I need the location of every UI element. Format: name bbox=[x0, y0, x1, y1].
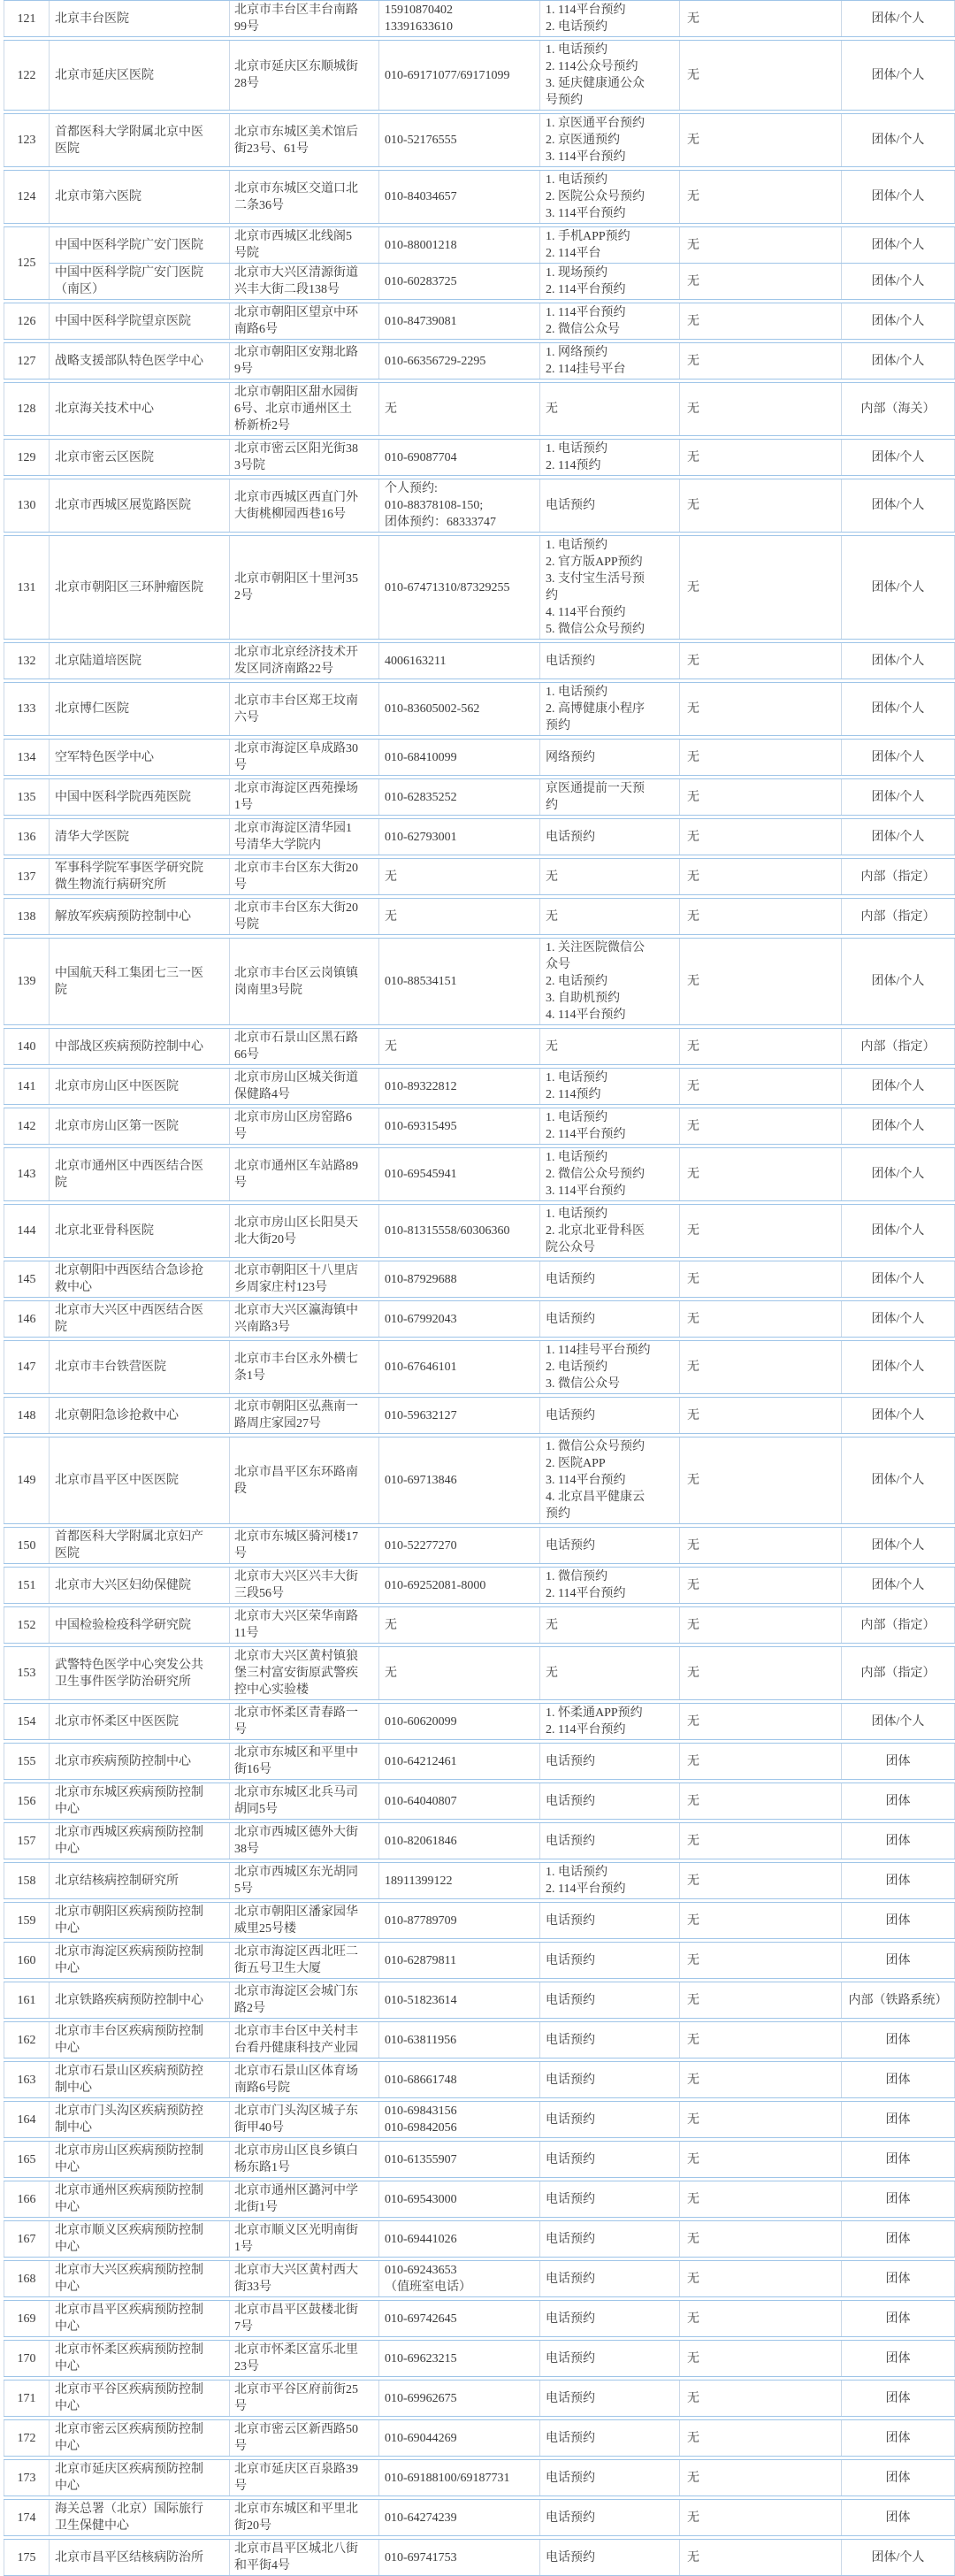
group-type-cell: 团体 bbox=[842, 1783, 955, 1819]
note-cell: 无 bbox=[680, 1607, 842, 1643]
institution-name-cell: 中国中医科学院广安门医院 bbox=[50, 227, 230, 263]
phone-cell: 010-61355907 bbox=[379, 2142, 540, 2177]
table-row: 152 中国检验检疫科学研究院 北京市大兴区荣华南路11号 无 无 无 内部（指… bbox=[4, 1606, 955, 1644]
table-subrow: 中国中医科学院广安门医院（南区） 北京市大兴区清源街道兴丰大街二段138号 01… bbox=[50, 263, 955, 299]
reservation-method-cell: 电话预约 bbox=[540, 819, 680, 855]
institution-name-cell: 北京市大兴区妇幼保健院 bbox=[50, 1568, 230, 1603]
reservation-method-cell: 1. 手机APP预约 2. 114平台 bbox=[540, 227, 680, 263]
institution-name-cell: 北京朝阳中西医结合急诊抢救中心 bbox=[50, 1261, 230, 1297]
table-row: 160 北京市海淀区疾病预防控制中心 北京市海淀区西北旺二街五号卫生大厦 010… bbox=[4, 1942, 955, 1979]
phone-cell: 010-82061846 bbox=[379, 1823, 540, 1859]
table-row: 158 北京结核病控制研究所 北京市西城区东光胡同5号 18911399122 … bbox=[4, 1862, 955, 1899]
row-number-cell: 122 bbox=[4, 41, 50, 110]
reservation-method-cell: 1. 电话预约 2. 114预约 bbox=[540, 440, 680, 475]
group-type-cell: 团体/个人 bbox=[842, 227, 955, 263]
reservation-method-cell: 1. 114挂号平台预约 2. 电话预约 3. 微信公众号 bbox=[540, 1341, 680, 1393]
address-cell: 北京市昌平区东环路南段 bbox=[230, 1437, 379, 1523]
row-number-cell: 142 bbox=[4, 1108, 50, 1144]
table-row: 144 北京北亚骨科医院 北京市房山区长阳昊天北大街20号 010-813155… bbox=[4, 1204, 955, 1258]
address-cell: 北京市平谷区府前街25号 bbox=[230, 2380, 379, 2416]
address-cell: 北京市房山区长阳昊天北大街20号 bbox=[230, 1205, 379, 1257]
address-cell: 北京市西城区东光胡同5号 bbox=[230, 1863, 379, 1898]
reservation-method-cell: 1. 电话预约 2. 医院公众号预约 3. 114平台预约 bbox=[540, 171, 680, 223]
table-row: 153 武警特色医学中心突发公共卫生事件医学防治研究所 北京市大兴区黄村镇狼堡三… bbox=[4, 1646, 955, 1700]
note-cell: 无 bbox=[680, 819, 842, 855]
note-cell: 无 bbox=[680, 227, 842, 263]
institution-name-cell: 北京市房山区中医医院 bbox=[50, 1069, 230, 1104]
row-number-cell: 160 bbox=[4, 1943, 50, 1978]
group-type-cell: 团体/个人 bbox=[842, 1205, 955, 1257]
merged-subrows: 中国中医科学院广安门医院 北京市西城区北线阁5号院 010-88001218 1… bbox=[50, 227, 955, 299]
institution-name-cell: 海关总署（北京）国际旅行卫生保健中心 bbox=[50, 2500, 230, 2535]
group-type-cell: 团体 bbox=[842, 1903, 955, 1938]
phone-cell: 010-89322812 bbox=[379, 1069, 540, 1104]
group-type-cell: 团体 bbox=[842, 2460, 955, 2495]
note-cell: 无 bbox=[680, 859, 842, 894]
phone-cell: 010-81315558/60306360 bbox=[379, 1205, 540, 1257]
institution-name-cell: 北京市昌平区中医医院 bbox=[50, 1437, 230, 1523]
table-row: 170 北京市怀柔区疾病预防控制中心 北京市怀柔区富乐北里23号 010-696… bbox=[4, 2340, 955, 2377]
group-type-cell: 内部（指定） bbox=[842, 859, 955, 894]
table-row: 174 海关总署（北京）国际旅行卫生保健中心 北京市东城区和平里北街20号 01… bbox=[4, 2499, 955, 2536]
phone-cell: 010-68661748 bbox=[379, 2062, 540, 2097]
row-number-cell: 162 bbox=[4, 2022, 50, 2058]
table-row: 175 北京市昌平区结核病防治所 北京市昌平区城北八街和平街4号 010-697… bbox=[4, 2539, 955, 2576]
table-row: 131 北京市朝阳区三环肿瘤医院 北京市朝阳区十里河352号 010-67471… bbox=[4, 535, 955, 640]
row-number-cell: 174 bbox=[4, 2500, 50, 2535]
reservation-method-cell: 1. 网络预约 2. 114挂号平台 bbox=[540, 343, 680, 379]
note-cell: 无 bbox=[680, 1398, 842, 1433]
row-number-cell: 124 bbox=[4, 171, 50, 223]
phone-cell: 无 bbox=[379, 899, 540, 934]
note-cell: 无 bbox=[680, 1783, 842, 1819]
table-row: 129 北京市密云区医院 北京市密云区阳光街383号院 010-69087704… bbox=[4, 439, 955, 476]
note-cell: 无 bbox=[680, 1069, 842, 1104]
note-cell: 无 bbox=[680, 1903, 842, 1938]
row-number-cell: 128 bbox=[4, 383, 50, 435]
row-number-cell: 169 bbox=[4, 2301, 50, 2336]
reservation-method-cell: 无 bbox=[540, 1607, 680, 1643]
row-number-cell: 159 bbox=[4, 1903, 50, 1938]
institution-name-cell: 中国中医科学院西苑医院 bbox=[50, 779, 230, 815]
note-cell: 无 bbox=[680, 740, 842, 775]
institution-name-cell: 北京市丰台铁营医院 bbox=[50, 1341, 230, 1393]
phone-cell: 010-62879811 bbox=[379, 1943, 540, 1978]
address-cell: 北京市丰台区永外横七条1号 bbox=[230, 1341, 379, 1393]
note-cell: 无 bbox=[680, 2022, 842, 2058]
phone-cell: 010-67992043 bbox=[379, 1301, 540, 1337]
phone-cell: 010-64212461 bbox=[379, 1744, 540, 1779]
address-cell: 北京市东城区和平里北街20号 bbox=[230, 2500, 379, 2535]
table-row: 133 北京博仁医院 北京市丰台区郑王坟南六号 010-83605002-562… bbox=[4, 682, 955, 736]
group-type-cell: 内部（指定） bbox=[842, 899, 955, 934]
note-cell: 无 bbox=[680, 1029, 842, 1064]
group-type-cell: 内部（海关） bbox=[842, 383, 955, 435]
address-cell: 北京市朝阳区甜水园街6号、北京市通州区土桥新桥2号 bbox=[230, 383, 379, 435]
table-row: 157 北京市西城区疾病预防控制中心 北京市西城区德外大街38号 010-820… bbox=[4, 1822, 955, 1859]
address-cell: 北京市海淀区清华园1号清华大学院内 bbox=[230, 819, 379, 855]
address-cell: 北京市朝阳区弘燕南一路周庄家园27号 bbox=[230, 1398, 379, 1433]
group-type-cell: 团体/个人 bbox=[842, 479, 955, 532]
phone-cell: 18911399122 bbox=[379, 1863, 540, 1898]
institution-name-cell: 中国航天科工集团七三一医院 bbox=[50, 939, 230, 1024]
note-cell: 无 bbox=[680, 41, 842, 110]
table-row: 146 北京市大兴区中西医结合医院 北京市大兴区瀛海镇中兴南路3号 010-67… bbox=[4, 1300, 955, 1338]
reservation-method-cell: 电话预约 bbox=[540, 2500, 680, 2535]
table-row: 145 北京朝阳中西医结合急诊抢救中心 北京市朝阳区十八里店乡周家庄村123号 … bbox=[4, 1261, 955, 1298]
reservation-method-cell: 电话预约 bbox=[540, 1398, 680, 1433]
phone-cell: 无 bbox=[379, 383, 540, 435]
note-cell: 无 bbox=[680, 2341, 842, 2376]
phone-cell: 无 bbox=[379, 1607, 540, 1643]
table-subrow: 中国中医科学院广安门医院 北京市西城区北线阁5号院 010-88001218 1… bbox=[50, 227, 955, 263]
row-number-cell: 165 bbox=[4, 2142, 50, 2177]
address-cell: 北京市海淀区阜成路30号 bbox=[230, 740, 379, 775]
phone-cell: 无 bbox=[379, 1029, 540, 1064]
institution-name-cell: 北京市朝阳区疾病预防控制中心 bbox=[50, 1903, 230, 1938]
address-cell: 北京市东城区交道口北二条36号 bbox=[230, 171, 379, 223]
institution-name-cell: 北京市大兴区中西医结合医院 bbox=[50, 1301, 230, 1337]
note-cell: 无 bbox=[680, 1, 842, 36]
reservation-method-cell: 电话预约 bbox=[540, 1903, 680, 1938]
phone-cell: 010-52176555 bbox=[379, 114, 540, 166]
group-type-cell: 团体/个人 bbox=[842, 683, 955, 735]
institution-name-cell: 北京市昌平区疾病预防控制中心 bbox=[50, 2301, 230, 2336]
row-number-cell: 147 bbox=[4, 1341, 50, 1393]
institution-name-cell: 北京市第六医院 bbox=[50, 171, 230, 223]
institution-name-cell: 北京市房山区疾病预防控制中心 bbox=[50, 2142, 230, 2177]
reservation-method-cell: 1. 电话预约 2. 114平台预约 bbox=[540, 1108, 680, 1144]
table-row: 121 北京丰台医院 北京市丰台区丰台南路99号 15910870402 133… bbox=[4, 0, 955, 37]
institution-name-cell: 北京市门头沟区疾病预防控制中心 bbox=[50, 2102, 230, 2137]
row-number-cell: 143 bbox=[4, 1148, 50, 1200]
row-number-cell: 144 bbox=[4, 1205, 50, 1257]
address-cell: 北京市怀柔区青春路一号 bbox=[230, 1704, 379, 1739]
note-cell: 无 bbox=[680, 1823, 842, 1859]
phone-cell: 010-69742645 bbox=[379, 2301, 540, 2336]
group-type-cell: 团体 bbox=[842, 2221, 955, 2257]
table-row: 142 北京市房山区第一医院 北京市房山区房窑路6号 010-69315495 … bbox=[4, 1108, 955, 1145]
group-type-cell: 团体/个人 bbox=[842, 1108, 955, 1144]
institution-name-cell: 北京市延庆区疾病预防控制中心 bbox=[50, 2460, 230, 2495]
group-type-cell: 团体/个人 bbox=[842, 1437, 955, 1523]
address-cell: 北京市昌平区鼓楼北街7号 bbox=[230, 2301, 379, 2336]
row-number-cell: 138 bbox=[4, 899, 50, 934]
reservation-method-cell: 电话预约 bbox=[540, 479, 680, 532]
address-cell: 北京市东城区和平里中街16号 bbox=[230, 1744, 379, 1779]
note-cell: 无 bbox=[680, 1301, 842, 1337]
table-row: 151 北京市大兴区妇幼保健院 北京市大兴区兴丰大街三段56号 010-6925… bbox=[4, 1567, 955, 1604]
table-row: 154 北京市怀柔区中医医院 北京市怀柔区青春路一号 010-60620099 … bbox=[4, 1703, 955, 1740]
note-cell: 无 bbox=[680, 171, 842, 223]
address-cell: 北京市大兴区荣华南路11号 bbox=[230, 1607, 379, 1643]
group-type-cell: 团体/个人 bbox=[842, 1069, 955, 1104]
group-type-cell: 团体/个人 bbox=[842, 939, 955, 1024]
note-cell: 无 bbox=[680, 2460, 842, 2495]
table-row: 128 北京海关技术中心 北京市朝阳区甜水园街6号、北京市通州区土桥新桥2号 无… bbox=[4, 382, 955, 436]
institution-name-cell: 首都医科大学附属北京中医医院 bbox=[50, 114, 230, 166]
table-row: 141 北京市房山区中医医院 北京市房山区城关街道保健路4号 010-89322… bbox=[4, 1068, 955, 1105]
institution-name-cell: 北京铁路疾病预防控制中心 bbox=[50, 1982, 230, 2018]
phone-cell: 无 bbox=[379, 1647, 540, 1699]
phone-cell: 010-88534151 bbox=[379, 939, 540, 1024]
address-cell: 北京市朝阳区潘家园华威里25号楼 bbox=[230, 1903, 379, 1938]
institution-name-cell: 首都医科大学附属北京妇产医院 bbox=[50, 1528, 230, 1563]
group-type-cell: 团体/个人 bbox=[842, 1398, 955, 1433]
note-cell: 无 bbox=[680, 1943, 842, 1978]
group-type-cell: 团体/个人 bbox=[842, 1301, 955, 1337]
table-row: 163 北京市石景山区疾病预防控制中心 北京市石景山区体育场南路6号院 010-… bbox=[4, 2061, 955, 2098]
group-type-cell: 团体 bbox=[842, 2142, 955, 2177]
group-type-cell: 团体/个人 bbox=[842, 264, 955, 299]
table-row: 135 中国中医科学院西苑医院 北京市海淀区西苑操场1号 010-6283525… bbox=[4, 778, 955, 816]
address-cell: 北京市北京经济技术开发区同济南路22号 bbox=[230, 643, 379, 678]
institution-name-cell: 北京市怀柔区疾病预防控制中心 bbox=[50, 2341, 230, 2376]
reservation-method-cell: 1. 微信预约 2. 114平台预约 bbox=[540, 1568, 680, 1603]
note-cell: 无 bbox=[680, 683, 842, 735]
phone-cell: 010-87929688 bbox=[379, 1261, 540, 1297]
address-cell: 北京市朝阳区望京中环南路6号 bbox=[230, 303, 379, 339]
address-cell: 北京市石景山区体育场南路6号院 bbox=[230, 2062, 379, 2097]
address-cell: 北京市通州区潞河中学北街1号 bbox=[230, 2181, 379, 2217]
row-number-cell: 136 bbox=[4, 819, 50, 855]
row-number-cell: 157 bbox=[4, 1823, 50, 1859]
address-cell: 北京市朝阳区十里河352号 bbox=[230, 536, 379, 639]
reservation-method-cell: 电话预约 bbox=[540, 2221, 680, 2257]
institution-name-cell: 北京市房山区第一医院 bbox=[50, 1108, 230, 1144]
row-number-cell: 141 bbox=[4, 1069, 50, 1104]
institution-name-cell: 北京市怀柔区中医医院 bbox=[50, 1704, 230, 1739]
group-type-cell: 内部（指定） bbox=[842, 1647, 955, 1699]
table-row: 168 北京市大兴区疾病预防控制中心 北京市大兴区黄村西大街33号 010-69… bbox=[4, 2260, 955, 2297]
phone-cell: 010-69843156 010-69842056 bbox=[379, 2102, 540, 2137]
note-cell: 无 bbox=[680, 643, 842, 678]
group-type-cell: 团体 bbox=[842, 2380, 955, 2416]
phone-cell: 010-63811956 bbox=[379, 2022, 540, 2058]
address-cell: 北京市朝阳区十八里店乡周家庄村123号 bbox=[230, 1261, 379, 1297]
address-cell: 北京市大兴区黄村西大街33号 bbox=[230, 2261, 379, 2296]
address-cell: 北京市丰台区郑王坟南六号 bbox=[230, 683, 379, 735]
group-type-cell: 团体/个人 bbox=[842, 303, 955, 339]
note-cell: 无 bbox=[680, 2500, 842, 2535]
phone-cell: 010-69188100/69187731 bbox=[379, 2460, 540, 2495]
group-type-cell: 团体 bbox=[842, 1863, 955, 1898]
note-cell: 无 bbox=[680, 2380, 842, 2416]
address-cell: 北京市房山区城关街道保健路4号 bbox=[230, 1069, 379, 1104]
group-type-cell: 团体/个人 bbox=[842, 643, 955, 678]
row-number-cell: 167 bbox=[4, 2221, 50, 2257]
row-number-cell: 155 bbox=[4, 1744, 50, 1779]
row-number-cell: 134 bbox=[4, 740, 50, 775]
table-row: 143 北京市通州区中西医结合医院 北京市通州区车站路89号 010-69545… bbox=[4, 1147, 955, 1201]
note-cell: 无 bbox=[680, 1108, 842, 1144]
address-cell: 北京市东城区骑河楼17号 bbox=[230, 1528, 379, 1563]
institution-name-cell: 北京市丰台区疾病预防控制中心 bbox=[50, 2022, 230, 2058]
reservation-method-cell: 网络预约 bbox=[540, 740, 680, 775]
reservation-method-cell: 电话预约 bbox=[540, 2301, 680, 2336]
reservation-method-cell: 无 bbox=[540, 899, 680, 934]
address-cell: 北京市延庆区东顺城街28号 bbox=[230, 41, 379, 110]
phone-cell: 010-69087704 bbox=[379, 440, 540, 475]
reservation-method-cell: 1. 怀柔通APP预约 2. 114平台预约 bbox=[540, 1704, 680, 1739]
row-number-cell: 146 bbox=[4, 1301, 50, 1337]
reservation-method-cell: 1. 现场预约 2. 114平台预约 bbox=[540, 264, 680, 299]
group-type-cell: 团体 bbox=[842, 2022, 955, 2058]
phone-cell: 010-69962675 bbox=[379, 2380, 540, 2416]
table-row: 164 北京市门头沟区疾病预防控制中心 北京市门头沟区城子东街甲40号 010-… bbox=[4, 2101, 955, 2138]
institution-name-cell: 北京市石景山区疾病预防控制中心 bbox=[50, 2062, 230, 2097]
phone-cell: 010-67471310/87329255 bbox=[379, 536, 540, 639]
institution-name-cell: 北京市大兴区疾病预防控制中心 bbox=[50, 2261, 230, 2296]
note-cell: 无 bbox=[680, 2540, 842, 2575]
table-row: 137 军事科学院军事医学研究院微生物流行病研究所 北京市丰台区东大街20号 无… bbox=[4, 858, 955, 895]
reservation-method-cell: 京医通提前一天预约 bbox=[540, 779, 680, 815]
phone-cell: 010-69545941 bbox=[379, 1148, 540, 1200]
institution-name-cell: 北京海关技术中心 bbox=[50, 383, 230, 435]
reservation-method-cell: 1. 电话预约 2. 高博健康小程序预约 bbox=[540, 683, 680, 735]
institution-name-cell: 北京市延庆区医院 bbox=[50, 41, 230, 110]
phone-cell: 010-69243653 （值班室电话） bbox=[379, 2261, 540, 2296]
reservation-method-cell: 电话预约 bbox=[540, 1261, 680, 1297]
address-cell: 北京市门头沟区城子东街甲40号 bbox=[230, 2102, 379, 2137]
row-number-cell: 121 bbox=[4, 1, 50, 36]
group-type-cell: 团体 bbox=[842, 2102, 955, 2137]
institution-name-cell: 中国中医科学院广安门医院（南区） bbox=[50, 264, 230, 299]
address-cell: 北京市朝阳区安翔北路9号 bbox=[230, 343, 379, 379]
group-type-cell: 内部（指定） bbox=[842, 1029, 955, 1064]
institution-name-cell: 解放军疾病预防控制中心 bbox=[50, 899, 230, 934]
table-row: 165 北京市房山区疾病预防控制中心 北京市房山区良乡镇白杨东路1号 010-6… bbox=[4, 2141, 955, 2178]
note-cell: 无 bbox=[680, 1568, 842, 1603]
group-type-cell: 团体 bbox=[842, 2062, 955, 2097]
phone-cell: 010-69044269 bbox=[379, 2420, 540, 2456]
note-cell: 无 bbox=[680, 1437, 842, 1523]
reservation-method-cell: 电话预约 bbox=[540, 2022, 680, 2058]
group-type-cell: 团体/个人 bbox=[842, 440, 955, 475]
address-cell: 北京市怀柔区富乐北里23号 bbox=[230, 2341, 379, 2376]
table-row: 167 北京市顺义区疾病预防控制中心 北京市顺义区光明南街1号 010-6944… bbox=[4, 2220, 955, 2258]
group-type-cell: 团体/个人 bbox=[842, 1528, 955, 1563]
row-number-cell: 149 bbox=[4, 1437, 50, 1523]
group-type-cell: 团体 bbox=[842, 1823, 955, 1859]
group-type-cell: 团体/个人 bbox=[842, 41, 955, 110]
table-row: 127 战略支援部队特色医学中心 北京市朝阳区安翔北路9号 010-663567… bbox=[4, 342, 955, 379]
address-cell: 北京市延庆区百泉路39号 bbox=[230, 2460, 379, 2495]
institution-name-cell: 北京市昌平区结核病防治所 bbox=[50, 2540, 230, 2575]
reservation-method-cell: 1. 114平台预约 2. 微信公众号 bbox=[540, 303, 680, 339]
reservation-method-cell: 1. 114平台预约 2. 电话预约 bbox=[540, 1, 680, 36]
row-number-cell: 156 bbox=[4, 1783, 50, 1819]
reservation-method-cell: 无 bbox=[540, 383, 680, 435]
table-row: 138 解放军疾病预防控制中心 北京市丰台区东大街20号院 无 无 无 内部（指… bbox=[4, 898, 955, 935]
address-cell: 北京市大兴区瀛海镇中兴南路3号 bbox=[230, 1301, 379, 1337]
group-type-cell: 团体/个人 bbox=[842, 171, 955, 223]
address-cell: 北京市海淀区会城门东路2号 bbox=[230, 1982, 379, 2018]
institution-name-cell: 战略支援部队特色医学中心 bbox=[50, 343, 230, 379]
phone-cell: 4006163211 bbox=[379, 643, 540, 678]
reservation-method-cell: 电话预约 bbox=[540, 1982, 680, 2018]
institution-name-cell: 武警特色医学中心突发公共卫生事件医学防治研究所 bbox=[50, 1647, 230, 1699]
row-number-cell: 168 bbox=[4, 2261, 50, 2296]
row-number-cell: 139 bbox=[4, 939, 50, 1024]
note-cell: 无 bbox=[680, 1528, 842, 1563]
group-type-cell: 团体/个人 bbox=[842, 536, 955, 639]
institution-name-cell: 北京市密云区医院 bbox=[50, 440, 230, 475]
table-row: 166 北京市通州区疾病预防控制中心 北京市通州区潞河中学北街1号 010-69… bbox=[4, 2181, 955, 2218]
row-number-cell: 133 bbox=[4, 683, 50, 735]
table-row: 156 北京市东城区疾病预防控制中心 北京市东城区北兵马司胡同5号 010-64… bbox=[4, 1782, 955, 1820]
reservation-method-cell: 电话预约 bbox=[540, 2102, 680, 2137]
row-number-cell: 123 bbox=[4, 114, 50, 166]
row-number-cell: 145 bbox=[4, 1261, 50, 1297]
group-type-cell: 团体 bbox=[842, 2301, 955, 2336]
group-type-cell: 团体 bbox=[842, 2420, 955, 2456]
reservation-method-cell: 无 bbox=[540, 1647, 680, 1699]
institution-name-cell: 北京博仁医院 bbox=[50, 683, 230, 735]
group-type-cell: 团体/个人 bbox=[842, 1341, 955, 1393]
phone-cell: 010-64274239 bbox=[379, 2500, 540, 2535]
group-type-cell: 团体/个人 bbox=[842, 1148, 955, 1200]
reservation-method-cell: 1. 电话预约 2. 114公众号预约 3. 延庆健康通公众号预约 bbox=[540, 41, 680, 110]
phone-cell: 010-69713846 bbox=[379, 1437, 540, 1523]
address-cell: 北京市石景山区黑石路66号 bbox=[230, 1029, 379, 1064]
row-number-cell: 137 bbox=[4, 859, 50, 894]
row-number-cell: 150 bbox=[4, 1528, 50, 1563]
group-type-cell: 团体/个人 bbox=[842, 1, 955, 36]
group-type-cell: 团体/个人 bbox=[842, 1704, 955, 1739]
address-cell: 北京市丰台区丰台南路99号 bbox=[230, 1, 379, 36]
institution-name-cell: 北京朝阳急诊抢救中心 bbox=[50, 1398, 230, 1433]
reservation-method-cell: 电话预约 bbox=[540, 2181, 680, 2217]
reservation-method-cell: 电话预约 bbox=[540, 1301, 680, 1337]
table-row: 161 北京铁路疾病预防控制中心 北京市海淀区会城门东路2号 010-51823… bbox=[4, 1982, 955, 2019]
row-number-cell: 175 bbox=[4, 2540, 50, 2575]
note-cell: 无 bbox=[680, 2062, 842, 2097]
row-number-cell: 158 bbox=[4, 1863, 50, 1898]
institution-name-cell: 北京市东城区疾病预防控制中心 bbox=[50, 1783, 230, 1819]
row-number-cell: 129 bbox=[4, 440, 50, 475]
reservation-method-cell: 电话预约 bbox=[540, 2261, 680, 2296]
note-cell: 无 bbox=[680, 114, 842, 166]
table-row: 159 北京市朝阳区疾病预防控制中心 北京市朝阳区潘家园华威里25号楼 010-… bbox=[4, 1902, 955, 1939]
institution-name-cell: 中部战区疾病预防控制中心 bbox=[50, 1029, 230, 1064]
group-type-cell: 团体 bbox=[842, 2500, 955, 2535]
phone-cell: 010-62835252 bbox=[379, 779, 540, 815]
table-row: 126 中国中医科学院望京医院 北京市朝阳区望京中环南路6号 010-84739… bbox=[4, 303, 955, 340]
phone-cell: 无 bbox=[379, 859, 540, 894]
table-row: 150 首都医科大学附属北京妇产医院 北京市东城区骑河楼17号 010-5227… bbox=[4, 1527, 955, 1564]
group-type-cell: 团体 bbox=[842, 1744, 955, 1779]
row-number-cell: 148 bbox=[4, 1398, 50, 1433]
note-cell: 无 bbox=[680, 479, 842, 532]
group-type-cell: 团体 bbox=[842, 2341, 955, 2376]
reservation-method-cell: 1. 微信公众号预约 2. 医院APP 3. 114平台预约 4. 北京昌平健康… bbox=[540, 1437, 680, 1523]
institution-name-cell: 北京陆道培医院 bbox=[50, 643, 230, 678]
reservation-method-cell: 1. 关注医院微信公众号 2. 电话预约 3. 自助机预约 4. 114平台预约 bbox=[540, 939, 680, 1024]
row-number-cell: 132 bbox=[4, 643, 50, 678]
phone-cell: 010-64040807 bbox=[379, 1783, 540, 1819]
phone-cell: 010-69252081-8000 bbox=[379, 1568, 540, 1603]
group-type-cell: 团体/个人 bbox=[842, 114, 955, 166]
phone-cell: 010-84739081 bbox=[379, 303, 540, 339]
note-cell: 无 bbox=[680, 899, 842, 934]
reservation-method-cell: 1. 电话预约 2. 114预约 bbox=[540, 1069, 680, 1104]
table-row: 147 北京市丰台铁营医院 北京市丰台区永外横七条1号 010-67646101… bbox=[4, 1340, 955, 1394]
row-number-cell: 140 bbox=[4, 1029, 50, 1064]
reservation-method-cell: 1. 电话预约 2. 114平台预约 bbox=[540, 1863, 680, 1898]
row-number-cell: 173 bbox=[4, 2460, 50, 2495]
reservation-method-cell: 电话预约 bbox=[540, 2341, 680, 2376]
